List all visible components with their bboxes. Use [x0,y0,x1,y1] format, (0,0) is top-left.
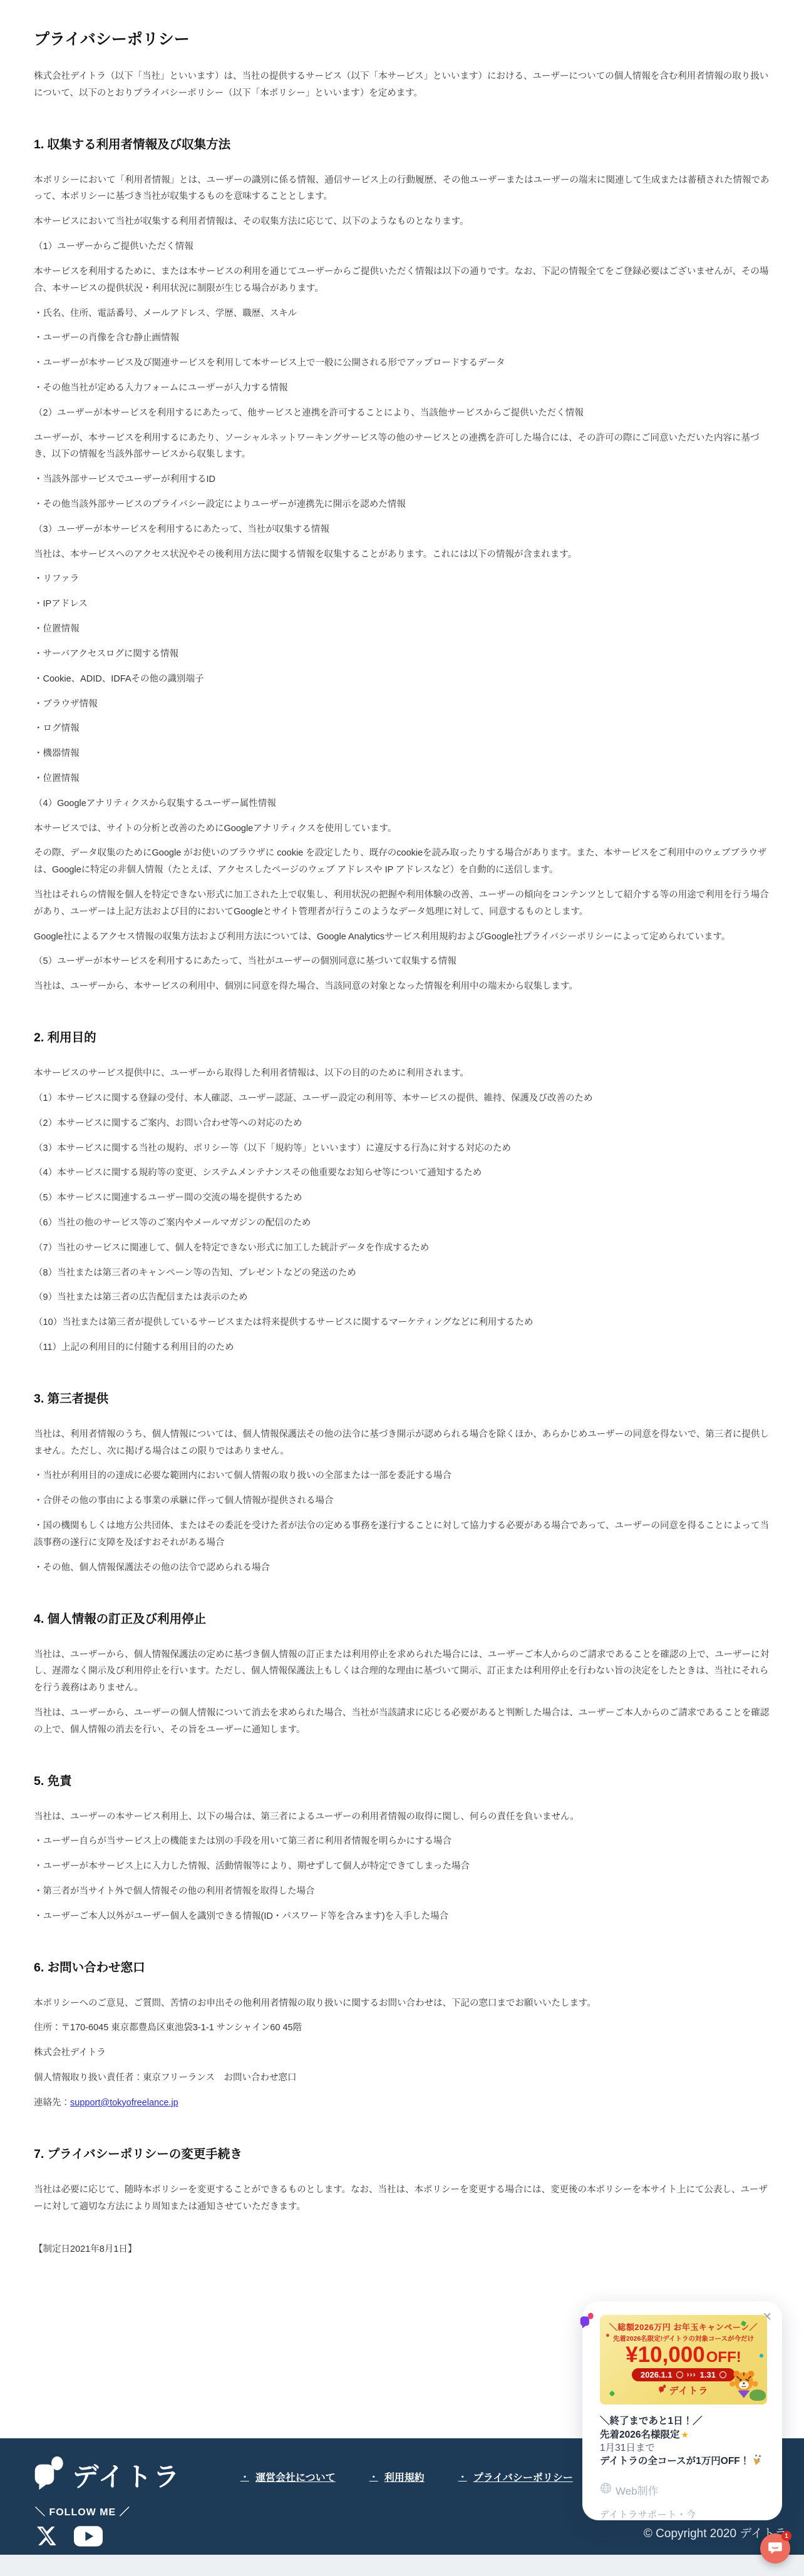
policy-paragraph: ・氏名、住所、電話番号、メールアドレス、学歴、職歴、スキル [34,305,770,322]
policy-section-6: 6. お問い合わせ窓口本ポリシーへのご意見、ご質問、苦情のお申出その他利用者情報… [34,1958,770,2112]
policy-paragraph: 当社は、ユーザーから、個人情報保護法の定めに基づき個人情報の訂正または利用停止を… [34,1647,770,1697]
x-icon [35,2525,58,2550]
policy-paragraph: 当社は必要に応じて、随時本ポリシーを変更することができるものとします。なお、当社… [34,2182,770,2216]
policy-paragraph: ・IPアドレス [34,596,770,613]
policy-paragraph: その際、データ収集のためにGoogle がお使いのブラウザに cookie を設… [34,845,770,879]
banner-discount: ¥10,000OFF! [600,2344,767,2367]
policy-paragraph: ・ログ情報 [34,720,770,737]
policy-paragraph: ・リファラ [34,571,770,588]
footer-logo[interactable]: デイトラ [34,2456,222,2494]
policy-paragraph: 個人情報取り扱い責任者：東京フリーランス お問い合わせ窓口 [34,2070,770,2087]
globe-icon [600,2482,612,2497]
footer-brand-name: デイトラ [73,2456,181,2494]
chat-launcher-button[interactable]: 1 [760,2533,790,2563]
daytra-logo-icon [34,2456,64,2494]
campaign-dates: 2026.1.1 ››› 1.31 [632,2368,735,2381]
daytra-logo-icon [659,2384,666,2396]
policy-paragraph: （10）当社または第三者が提供しているサービスまたは将来提供するサービスに関する… [34,1314,770,1331]
clock-icon [676,2371,683,2378]
popup-message-line: デイトラの全コースが1万円OFF！ [600,2455,767,2468]
policy-paragraph: 本サービスのサービス提供中に、ユーザーから取得した利用者情報は、以下の目的のため… [34,1065,770,1082]
policy-paragraph: （8）当社または第三者のキャンペーン等の告知、プレゼントなどの発送のため [34,1265,770,1282]
link-preview[interactable]: Web制作 [600,2482,767,2498]
policy-paragraph: ・その他当社が定める入力フォームにユーザーが入力する情報 [34,380,770,397]
footer-nav-link-1[interactable]: 運営会社について [240,2470,336,2484]
policy-paragraph: ・第三者が当サイト外で個人情報その他の利用者情報を取得した場合 [34,1883,770,1900]
chat-bubble-icon [767,2540,783,2558]
policy-paragraph: ・ユーザーが本サービス上に入力した情報、活動情報等により、期せずして個人が特定で… [34,1858,770,1875]
policy-paragraph: ユーザーが、本サービスを利用するにあたり、ソーシャルネットワーキングサービス等の… [34,430,770,464]
policy-paragraph: ・その他当該外部サービスのプライバシー設定によりユーザーが連携先に開示を認めた情… [34,496,770,513]
contact-line: 連絡先：support@tokyofreelance.jp [34,2095,770,2112]
footer-nav-link-2[interactable]: 利用規約 [369,2470,425,2484]
enactment-date: 【制定日2021年8月1日】 [34,2241,770,2258]
policy-paragraph: （2）本サービスに関するご案内、お問い合わせ等への対応のため [34,1115,770,1132]
policy-paragraph: ・位置情報 [34,621,770,638]
x-social-link[interactable] [35,2525,58,2550]
youtube-social-link[interactable] [74,2526,103,2550]
policy-paragraph: （11）上記の利用目的に付随する利用目的のため [34,1339,770,1356]
party-popper-icon [751,2455,762,2464]
policy-paragraph: （1）ユーザーからご提供いただく情報 [34,238,770,255]
policy-section-3: 3. 第三者提供当社は、利用者情報のうち、個人情報については、個人情報保護法その… [34,1389,770,1577]
policy-paragraph: 本サービスにおいて当社が収集する利用者情報は、その収集方法に応じて、以下のような… [34,213,770,230]
campaign-banner[interactable]: ＼総額2026万円 お年玉キャンペーン／ 先着2026名限定!デイトラの対象コー… [600,2315,767,2405]
policy-paragraph: 本ポリシーへのご意見、ご質問、苦情のお申出その他利用者情報の取り扱いに関するお問… [34,1995,770,2012]
banner-subline: 先着2026名限定!デイトラの対象コースが今だけ [600,2334,767,2343]
policy-paragraph: ・Cookie、ADID、IDFAその他の識別端子 [34,671,770,688]
section-7-heading: 7. プライバシーポリシーの変更手続き [34,2144,770,2162]
policy-section-4: 4. 個人情報の訂正及び利用停止当社は、ユーザーから、個人情報保護法の定めに基づ… [34,1609,770,1739]
policy-paragraph: ・ブラウザ情報 [34,696,770,713]
youtube-icon [74,2526,103,2550]
section-2-heading: 2. 利用目的 [34,1028,770,1045]
policy-paragraph: （3）ユーザーが本サービスを利用するにあたって、当社が収集する情報 [34,521,770,538]
policy-paragraph: （3）本サービスに関する当社の規約、ポリシー等（以下「規約等」といいます）に違反… [34,1140,770,1157]
policy-paragraph: 当社は、利用者情報のうち、個人情報については、個人情報保護法その他の法令に基づき… [34,1426,770,1460]
policy-paragraph: 当社は、ユーザーから、ユーザーの個人情報について消去を求められた場合、当社が当該… [34,1705,770,1739]
popup-message: ＼終了まであと1日！／先着2026名様限定★1月31日までデイトラの全コースが1… [600,2415,767,2468]
popup-message-line: 先着2026名様限定★ [600,2428,767,2441]
policy-paragraph: ・当該外部サービスでユーザーが利用するID [34,471,770,488]
policy-paragraph: 本サービスを利用するために、または本サービスの利用を通じてユーザーからご提供いた… [34,263,770,297]
policy-paragraph: 当社は、本サービスへのアクセス状況やその後利用方法に関する情報を収集することがあ… [34,546,770,563]
section-5-heading: 5. 免責 [34,1771,770,1789]
intro-paragraph: 株式会社デイトラ（以下「当社」といいます）は、当社の提供するサービス（以下「本サ… [34,68,770,102]
policy-sections: 1. 収集する利用者情報及び収集方法本ポリシーにおいて「利用者情報」とは、ユーザ… [34,135,770,2216]
policy-paragraph: ・その他、個人情報保護法その他の法令で認められる場合 [34,1560,770,1577]
popup-sender: デイトラサポート・今 [600,2508,767,2521]
section-3-heading: 3. 第三者提供 [34,1389,770,1406]
privacy-policy-page: プライバシーポリシー 株式会社デイトラ（以下「当社」といいます）は、当社の提供す… [0,0,804,2258]
policy-paragraph: （4）本サービスに関する規約等の変更、システムメンテナンスその他重要なお知らせ等… [34,1165,770,1182]
policy-paragraph: 本ポリシーにおいて「利用者情報」とは、ユーザーの識別に係る情報、通信サービス上の… [34,172,770,206]
policy-section-7: 7. プライバシーポリシーの変更手続き当社は必要に応じて、随時本ポリシーを変更す… [34,2144,770,2216]
policy-paragraph: Google社によるアクセス情報の収集方法および利用方法については、Google… [34,929,770,946]
page-title: プライバシーポリシー [34,27,770,49]
policy-paragraph: ・ユーザーご本人以外がユーザー個人を識別できる情報(ID・パスワード等を含みます… [34,1908,770,1925]
popup-message-line: 1月31日まで [600,2441,767,2455]
policy-section-1: 1. 収集する利用者情報及び収集方法本ポリシーにおいて「利用者情報」とは、ユーザ… [34,135,770,995]
tiger-mascot-illustration [726,2366,761,2403]
policy-paragraph: （4）Googleアナリティクスから収集するユーザー属性情報 [34,795,770,812]
footer-nav-link-3[interactable]: プライバシーポリシー [458,2470,573,2484]
policy-section-2: 2. 利用目的本サービスのサービス提供中に、ユーザーから取得した利用者情報は、以… [34,1028,770,1356]
policy-paragraph: ・ユーザーの肖像を含む静止画情報 [34,330,770,347]
page-bottom-strip [0,2555,804,2576]
section-6-heading: 6. お問い合わせ窓口 [34,1958,770,1975]
policy-paragraph: （1）本サービスに関する登録の受付、本人確認、ユーザー認証、ユーザー設定の利用等… [34,1090,770,1107]
policy-paragraph: ・ユーザー自らが当サービス上の機能または別の手段を用いて第三者に利用者情報を明ら… [34,1833,770,1850]
policy-paragraph: 住所：〒170-6045 東京都豊島区東池袋3-1-1 サンシャイン60 45階 [34,2020,770,2037]
policy-paragraph: ・位置情報 [34,770,770,787]
policy-paragraph: ・国の機関もしくは地方公共団体、またはその委託を受けた者が法令の定める事務を遂行… [34,1518,770,1551]
policy-paragraph: ・ユーザーが本サービス及び関連サービスを利用して本サービス上で一般に公開される形… [34,355,770,372]
policy-paragraph: ・サーバアクセスログに関する情報 [34,646,770,663]
daytra-avatar-icon [580,2313,594,2332]
policy-paragraph: （7）当社のサービスに関連して、個人を特定できない形式に加工した統計データを作成… [34,1240,770,1257]
policy-paragraph: 本サービスでは、サイトの分析と改善のためにGoogleアナリティクスを使用してい… [34,820,770,837]
policy-paragraph: 当社は、ユーザーから、本サービスの利用中、個別に同意を得た場合、当該同意の対象と… [34,978,770,995]
policy-paragraph: ・機器情報 [34,745,770,762]
section-1-heading: 1. 収集する利用者情報及び収集方法 [34,135,770,152]
chat-unread-badge: 1 [781,2531,791,2541]
popup-message-line: ＼終了まであと1日！／ [600,2415,767,2428]
policy-paragraph: ・当社が利用目的の達成に必要な範囲内において個人情報の取り扱いの全部または一部を… [34,1468,770,1485]
contact-email-link[interactable]: support@tokyofreelance.jp [70,2098,178,2108]
policy-paragraph: （5）ユーザーが本サービスを利用するにあたって、当社がユーザーの個別同意に基づい… [34,953,770,970]
policy-paragraph: 当社は、ユーザーの本サービス利用上、以下の場合は、第三者によるユーザーの利用者情… [34,1809,770,1826]
policy-paragraph: （6）当社の他のサービス等のご案内やメールマガジンの配信のため [34,1215,770,1232]
sparkle-icon: ★ [681,2430,689,2440]
policy-paragraph: ・合併その他の事由による事業の承継に伴って個人情報が提供される場合 [34,1493,770,1510]
chat-promo-popup: ✕ ＼総額2026万円 お年玉キャンペーン／ 先着2026名限定!デイトラの対象… [582,2301,782,2520]
policy-paragraph: （5）本サービスに関連するユーザー間の交流の場を提供するため [34,1190,770,1207]
policy-paragraph: （2）ユーザーが本サービスを利用するにあたって、他サービスと連携を許可することに… [34,405,770,422]
policy-paragraph: （9）当社または第三者の広告配信または表示のため [34,1289,770,1306]
policy-section-5: 5. 免責当社は、ユーザーの本サービス利用上、以下の場合は、第三者によるユーザー… [34,1771,770,1925]
section-4-heading: 4. 個人情報の訂正及び利用停止 [34,1609,770,1627]
policy-paragraph: 当社はそれらの情報を個人を特定できない形式に加工された上で収集し、利用状況の把握… [34,887,770,921]
policy-paragraph: 株式会社デイトラ [34,2045,770,2062]
